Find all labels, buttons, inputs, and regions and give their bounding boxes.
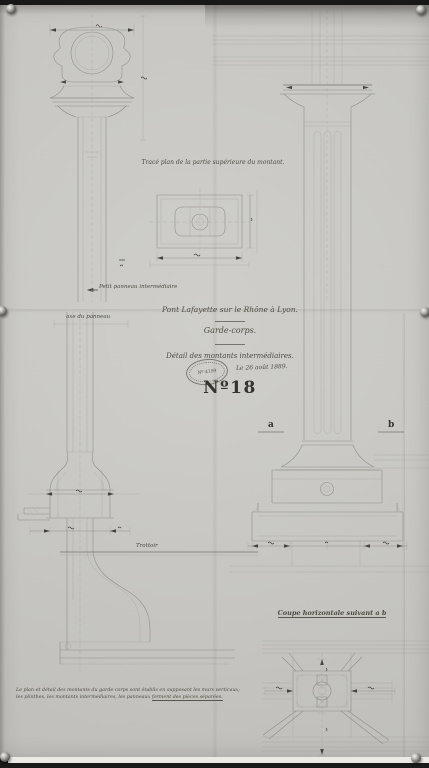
title-divider-2: [215, 344, 245, 345]
scanned-drawing-photo: Tracé plan de la partie supérieure du mo…: [0, 0, 429, 768]
pushpin-top-left: [6, 4, 16, 14]
pushpin-middle-right: [420, 307, 429, 317]
pushpin-bottom-right: [411, 753, 421, 763]
title-divider-1: [215, 321, 245, 322]
archive-stamp-ring: [188, 360, 226, 384]
pushpin-top-right: [416, 5, 426, 15]
pushpin-bottom-left: [0, 752, 10, 762]
backdrop-dark-strip: [0, 763, 429, 768]
